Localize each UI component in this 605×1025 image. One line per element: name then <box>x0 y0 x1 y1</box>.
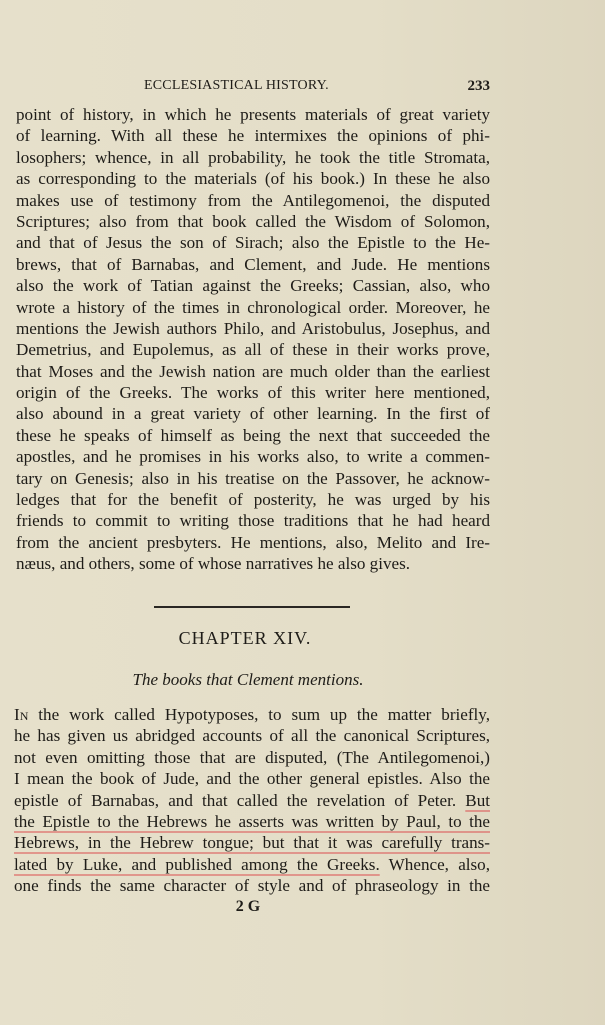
text-fragment: Whence, also, <box>380 855 490 874</box>
text-fragment: the work called Hypotyposes, to sum up t… <box>28 705 490 724</box>
text-line: brews, that of Barnabas, and Clement, an… <box>16 254 490 275</box>
text-line: wrote a history of the times in chronolo… <box>16 297 490 318</box>
text-fragment: epistle of Barnabas, and that called the… <box>14 791 465 810</box>
continued-paragraph: point of history, in which he presents m… <box>16 104 490 575</box>
text-line: these he speaks of himself as being the … <box>16 425 490 446</box>
chapter-subtitle: The books that Clement mentions. <box>0 670 496 690</box>
text-line: apostles, and he promises in his works a… <box>16 446 490 467</box>
highlighted-text: But <box>465 791 490 810</box>
text-line: I mean the book of Jude, and the other g… <box>14 768 490 789</box>
text-line: of learning. With all these he intermixe… <box>16 125 490 146</box>
text-line: makes use of testimony from the Antilego… <box>16 190 490 211</box>
drop-word: In <box>14 705 28 724</box>
text-line: one finds the same character of style an… <box>14 875 490 896</box>
signature-mark: 2 G <box>0 898 496 916</box>
text-line: from the ancient presbyters. He mentions… <box>16 532 490 553</box>
text-line: he has given us abridged accounts of all… <box>14 725 490 746</box>
text-line: Scriptures; also from that book called t… <box>16 211 490 232</box>
text-line: also abound in a great variety of other … <box>16 403 490 424</box>
chapter-title: CHAPTER XIV. <box>0 628 490 649</box>
running-head: ECCLESIASTICAL HISTORY. <box>144 78 329 94</box>
text-line: also the work of Tatian against the Gree… <box>16 275 490 296</box>
text-line: the Epistle to the Hebrews he asserts wa… <box>14 811 490 832</box>
text-line: tary on Genesis; also in his treatise on… <box>16 468 490 489</box>
highlighted-text: Hebrews, in the Hebrew tongue; but that … <box>14 833 490 852</box>
text-line: that Moses and the Jewish nation are muc… <box>16 361 490 382</box>
text-line: point of history, in which he presents m… <box>16 104 490 125</box>
page-header: ECCLESIASTICAL HISTORY. 233 <box>16 78 490 98</box>
highlighted-text: lated by Luke, and published among the G… <box>14 855 380 874</box>
text-line: In the work called Hypotyposes, to sum u… <box>14 704 490 725</box>
text-line: ledges that for the benefit of posterity… <box>16 489 490 510</box>
text-line: Hebrews, in the Hebrew tongue; but that … <box>14 832 490 853</box>
text-line: as corresponding to the materials (of hi… <box>16 168 490 189</box>
chapter-paragraph: In the work called Hypotyposes, to sum u… <box>14 704 490 897</box>
text-line: mentions the Jewish authors Philo, and A… <box>16 318 490 339</box>
book-page: ECCLESIASTICAL HISTORY. 233 point of his… <box>0 0 605 1025</box>
text-line: and that of Jesus the son of Sirach; als… <box>16 232 490 253</box>
page-number: 233 <box>468 78 491 95</box>
text-line: origin of the Greeks. The works of this … <box>16 382 490 403</box>
text-line: epistle of Barnabas, and that called the… <box>14 790 490 811</box>
text-line: friends to commit to writing those tradi… <box>16 510 490 531</box>
text-line: næus, and others, some of whose narrativ… <box>16 553 490 574</box>
text-line: Demetrius, and Eupolemus, as all of thes… <box>16 339 490 360</box>
highlighted-text: the Epistle to the Hebrews he asserts wa… <box>14 812 490 831</box>
text-line: not even omitting those that are dispute… <box>14 747 490 768</box>
section-divider <box>154 606 350 608</box>
text-line: losophers; whence, in all probability, h… <box>16 147 490 168</box>
text-line: lated by Luke, and published among the G… <box>14 854 490 875</box>
